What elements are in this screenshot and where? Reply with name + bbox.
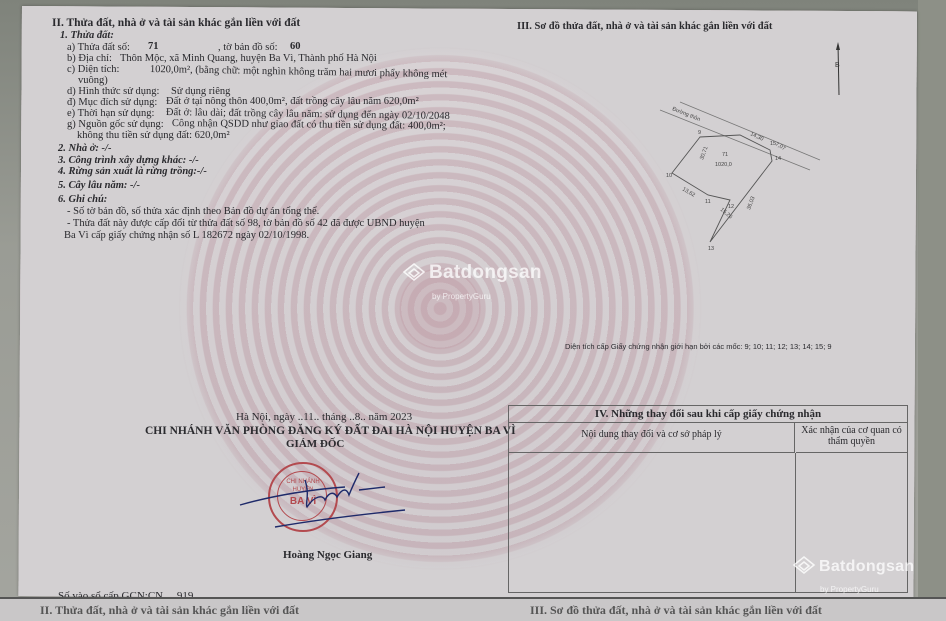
svg-text:14: 14 xyxy=(775,156,781,162)
origin-value-cont: không thu tiền sử dụng đất: 620,0m² xyxy=(77,130,230,142)
svg-text:B: B xyxy=(835,62,840,69)
usage-purpose-value: Đất ở tại nông thôn 400,0m², đất trồng c… xyxy=(166,96,419,108)
notes-heading: 6. Ghi chú: xyxy=(58,194,107,206)
svg-text:30,71: 30,71 xyxy=(699,146,709,161)
next-page-right-title: III. Sơ đồ thửa đất, nhà ở và tài sản kh… xyxy=(530,603,822,618)
svg-text:10: 10 xyxy=(666,173,672,179)
note-line-2: - Thửa đất này được cấp đổi từ thửa đất … xyxy=(67,218,425,230)
batdongsan-logo-icon xyxy=(792,555,816,579)
svg-text:9: 9 xyxy=(698,130,701,136)
plot-diagram: B Đường thôn711020,0910111213141530,7113… xyxy=(620,40,860,250)
boundary-note: Diện tích cấp Giấy chứng nhận giới hạn b… xyxy=(565,341,832,353)
section4-title: IV. Những thay đổi sau khi cấp giấy chứn… xyxy=(509,406,907,423)
changes-column-confirmation: Xác nhận của cơ quan có thẩm quyền xyxy=(796,423,907,453)
watermark-corner: Batdongsanby PropertyGuru xyxy=(792,555,914,597)
section3-title: III. Sơ đồ thửa đất, nhà ở và tài sản kh… xyxy=(517,21,772,33)
svg-text:71: 71 xyxy=(722,152,728,158)
section2-title: II. Thửa đất, nhà ở và tài sản khác gắn … xyxy=(52,17,300,29)
signer-position: GIÁM ĐỐC xyxy=(286,438,344,450)
svg-text:1020,0: 1020,0 xyxy=(715,162,732,168)
parcel-number-value: 71 xyxy=(148,41,159,53)
forest-item: 4. Rừng sản xuất là rừng trồng:-/- xyxy=(58,166,207,178)
land-heading: 1. Thửa đất: xyxy=(60,30,114,42)
next-page-left-title: II. Thửa đất, nhà ở và tài sản khác gắn … xyxy=(40,603,299,618)
svg-text:13: 13 xyxy=(708,246,714,250)
signature xyxy=(235,465,415,540)
perennial-item: 5. Cây lâu năm: -/- xyxy=(58,180,140,192)
note-line-3: Ba Vì cấp giấy chứng nhận số L 182672 ng… xyxy=(64,230,309,242)
svg-text:36,03: 36,03 xyxy=(746,196,756,211)
svg-text:11: 11 xyxy=(705,199,711,205)
note-line-1: - Số tờ bản đồ, số thửa xác định theo Bả… xyxy=(67,206,319,218)
house-item: 2. Nhà ở: -/- xyxy=(58,143,111,155)
svg-text:13,62: 13,62 xyxy=(681,187,696,199)
svg-text:12: 12 xyxy=(728,204,734,210)
signer-name: Hoàng Ngọc Giang xyxy=(283,549,372,561)
changes-column-content: Nội dung thay đổi và cơ sở pháp lý xyxy=(509,423,795,453)
map-sheet-value: 60 xyxy=(290,41,301,53)
watermark-center: Batdongsanby PropertyGuru xyxy=(402,262,542,304)
issuing-office: CHI NHÁNH VĂN PHÒNG ĐĂNG KÝ ĐẤT ĐAI HÀ N… xyxy=(145,425,516,437)
batdongsan-logo-icon xyxy=(402,262,426,286)
background-edge xyxy=(918,0,946,621)
svg-text:7,07: 7,07 xyxy=(774,142,786,153)
next-page-edge: II. Thửa đất, nhà ở và tài sản khác gắn … xyxy=(0,597,946,621)
signing-date: Hà Nội, ngày ..11.. tháng ..8.. năm 2023 xyxy=(236,411,412,423)
